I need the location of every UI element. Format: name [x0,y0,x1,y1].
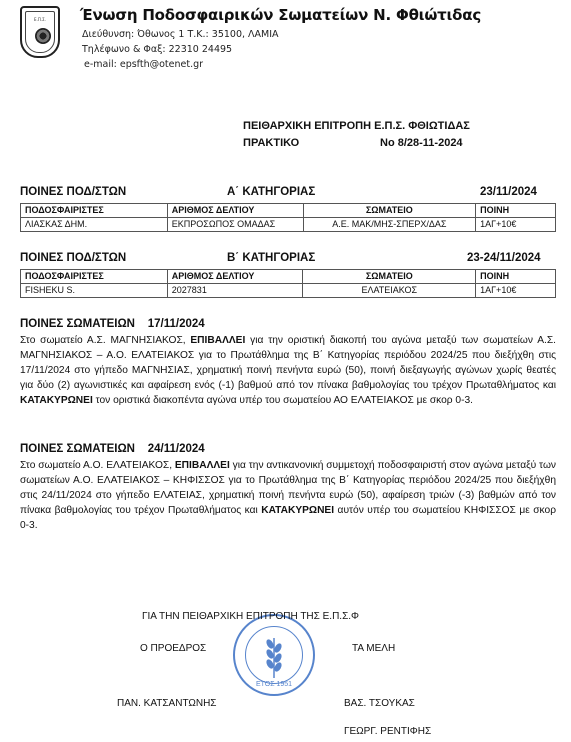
col-header: ΠΟΔΟΣΦΑΙΡΙΣΤΕΣ [21,204,168,218]
stamp-year: ΕΤΟΣ 1951 [235,681,313,688]
emphasis-text: ΕΠΙΒΑΛΛΕΙ [175,460,230,471]
emphasis-text: ΚΑΤΑΚΥΡΩΝΕΙ [261,505,334,516]
col-header: ΑΡΙΘΜΟΣ ΔΕΛΤΙΟΥ [167,270,303,284]
section-date-a: 23/11/2024 [480,186,537,198]
logo-label: Ε.Π.Σ. [26,17,54,22]
football-icon [35,28,51,44]
record-label: ΠΡΑΚΤΙΚΟ [243,137,299,149]
table-header-row: ΠΟΔΟΣΦΑΙΡΙΣΤΕΣ ΑΡΙΘΜΟΣ ΔΕΛΤΙΟΥ ΣΩΜΑΤΕΙΟ … [21,270,556,284]
penalty: 1ΑΓ+10€ [476,284,556,298]
organization-phone: Τηλέφωνο & Φαξ: 22310 24495 [82,44,232,55]
olive-branch-icon [263,634,285,678]
col-header: ΣΩΜΑΤΕΙΟ [303,204,476,218]
record-number: Νο 8/28-11-2024 [380,137,463,149]
club-penalty-text-1: Στο σωματείο Α.Σ. ΜΑΓΝΗΣΙΑΚΟΣ, ΕΠΙΒΑΛΛΕΙ… [20,333,556,408]
club-penalty-text-2: Στο σωματείο Α.Ο. ΕΛΑΤΕΙΑΚΟΣ, ΕΠΙΒΑΛΛΕΙ … [20,458,556,533]
organization-address: Διεύθυνση: Όθωνος 1 Τ.Κ.: 35100, ΛΑΜΙΑ [82,29,279,40]
committee-title: ΠΕΙΘΑΡΧΙΚΗ ΕΠΙΤΡΟΠΗ Ε.Π.Σ. ΦΘΙΩΤΙΔΑΣ [243,120,470,132]
section-title-a: ΠΟΙΝΕΣ ΠΟΔ/ΣΤΩΝ [20,186,126,198]
section-category-a: Α΄ ΚΑΤΗΓΟΡΙΑΣ [227,186,315,198]
club-penalties-title-2: ΠΟΙΝΕΣ ΣΩΜΑΤΕΙΩΝ 24/11/2024 [20,443,205,455]
col-header: ΑΡΙΘΜΟΣ ΔΕΛΤΙΟΥ [167,204,303,218]
section-title-b: ΠΟΙΝΕΣ ΠΟΔ/ΣΤΩΝ [20,252,126,264]
member-name-2: ΓΕΩΡΓ. ΡΕΝΤΙΦΗΣ [344,726,431,737]
club-name: ΕΛΑΤΕΙΑΚΟΣ [303,284,476,298]
player-name: FISHEKU S. [21,284,168,298]
emphasis-text: ΚΑΤΑΚΥΡΩΝΕΙ [20,395,93,406]
table-row: FISHEKU S. 2027831 ΕΛΑΤΕΙΑΚΟΣ 1ΑΓ+10€ [21,284,556,298]
members-label: ΤΑ ΜΕΛΗ [352,643,395,654]
club-penalties-date: 24/11/2024 [148,443,205,455]
signature-heading: ΓΙΑ ΤΗΝ ΠΕΙΘΑΡΧΙΚΗ ΕΠΙΤΡΟΠΗ ΤΗΣ Ε.Π.Σ.Φ [142,611,359,622]
organization-email[interactable]: e-mail: epsfth@otenet.gr [84,59,203,70]
paragraph-text: Στο σωματείο Α.Σ. ΜΑΓΝΗΣΙΑΚΟΣ, [20,335,190,346]
president-label: Ο ΠΡΟΕΔΡΟΣ [140,643,206,654]
penalty: 1ΑΓ+10€ [476,218,556,232]
col-header: ΠΟΙΝΗ [476,204,556,218]
official-stamp: ΕΤΟΣ 1951 [233,614,315,696]
club-name: Α.Ε. ΜΑΚ/ΜΗΣ-ΣΠΕΡΧ/ΔΑΣ [303,218,476,232]
card-number: 2027831 [167,284,303,298]
col-header: ΠΟΔΟΣΦΑΙΡΙΣΤΕΣ [21,270,168,284]
club-penalties-heading: ΠΟΙΝΕΣ ΣΩΜΑΤΕΙΩΝ [20,443,135,455]
organization-name: Ένωση Ποδοσφαιρικών Σωματείων Ν. Φθιώτιδ… [80,6,481,24]
col-header: ΠΟΙΝΗ [476,270,556,284]
club-penalties-heading: ΠΟΙΝΕΣ ΣΩΜΑΤΕΙΩΝ [20,318,135,330]
emphasis-text: ΕΠΙΒΑΛΛΕΙ [190,335,245,346]
table-row: ΛΙΑΣΚΑΣ ΔΗΜ. ΕΚΠΡΟΣΩΠΟΣ ΟΜΑΔΑΣ Α.Ε. ΜΑΚ/… [21,218,556,232]
club-penalties-date: 17/11/2024 [148,318,205,330]
penalties-table-a: ΠΟΔΟΣΦΑΙΡΙΣΤΕΣ ΑΡΙΘΜΟΣ ΔΕΛΤΙΟΥ ΣΩΜΑΤΕΙΟ … [20,203,556,232]
union-logo: Ε.Π.Σ. [20,6,60,58]
section-category-b: Β΄ ΚΑΤΗΓΟΡΙΑΣ [227,252,315,264]
member-name-1: ΒΑΣ. ΤΣΟΥΚΑΣ [344,698,415,709]
player-name: ΛΙΑΣΚΑΣ ΔΗΜ. [21,218,168,232]
card-number: ΕΚΠΡΟΣΩΠΟΣ ΟΜΑΔΑΣ [167,218,303,232]
section-date-b: 23-24/11/2024 [467,252,541,264]
paragraph-text: Στο σωματείο Α.Ο. ΕΛΑΤΕΙΑΚΟΣ, [20,460,175,471]
table-header-row: ΠΟΔΟΣΦΑΙΡΙΣΤΕΣ ΑΡΙΘΜΟΣ ΔΕΛΤΙΟΥ ΣΩΜΑΤΕΙΟ … [21,204,556,218]
club-penalties-title-1: ΠΟΙΝΕΣ ΣΩΜΑΤΕΙΩΝ 17/11/2024 [20,318,205,330]
president-name: ΠΑΝ. ΚΑΤΣΑΝΤΩΝΗΣ [117,698,216,709]
paragraph-text: τον οριστικά διακοπέντα αγώνα υπέρ του σ… [93,395,473,406]
penalties-table-b: ΠΟΔΟΣΦΑΙΡΙΣΤΕΣ ΑΡΙΘΜΟΣ ΔΕΛΤΙΟΥ ΣΩΜΑΤΕΙΟ … [20,269,556,298]
col-header: ΣΩΜΑΤΕΙΟ [303,270,476,284]
